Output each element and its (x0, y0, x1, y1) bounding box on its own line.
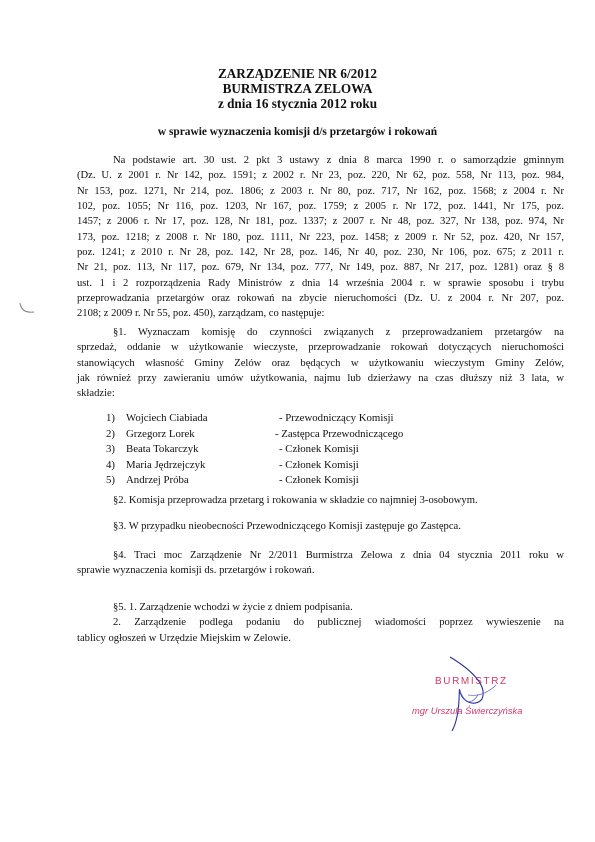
member-role: - Członek Komisji (279, 473, 359, 489)
text-line: 1457; z 2006 r. Nr 17, poz. 128, Nr 181,… (77, 214, 564, 229)
text-line: 2. Zarządzenie podlega podaniu do public… (77, 615, 564, 630)
handwritten-signature-icon (440, 655, 520, 735)
commission-members-list: 1) Wojciech Ciabiada - Przewodniczący Ko… (106, 411, 403, 489)
text-line: 102, poz. 1055; Nr 116, poz. 1203, Nr 16… (77, 199, 564, 214)
member-name: Grzegorz Lorek (126, 427, 279, 443)
legal-basis-paragraph: Na podstawie art. 30 ust. 2 pkt 3 ustawy… (77, 153, 564, 322)
text-line: składzie: (77, 386, 564, 401)
section-2: §2. Komisja przeprowadza przetarg i roko… (77, 493, 595, 508)
text-line: sprzedaż, oddanie w użytkowanie wieczyst… (77, 340, 564, 355)
ordinance-number: ZARZĄDZENIE NR 6/2012 (0, 66, 595, 81)
text-line: ust. 1 i 2 rozporządzenia Rady Ministrów… (77, 276, 564, 291)
member-number: 3) (106, 442, 126, 458)
member-item: 2) Grzegorz Lorek - Zastępca Przewodnicz… (106, 427, 403, 443)
section-3: §3. W przypadku nieobecności Przewodnicz… (77, 519, 595, 534)
document-subject: w sprawie wyznaczenia komisji d/s przeta… (0, 126, 595, 138)
text-line: stanowiących własność Gminy Zelów oraz b… (77, 356, 564, 371)
document-header: ZARZĄDZENIE NR 6/2012 BURMISTRZA ZELOWA … (0, 66, 595, 111)
member-number: 5) (106, 473, 126, 489)
member-number: 1) (106, 411, 126, 427)
text-line: (Dz. U. z 2001 r. Nr 142, poz. 1591; z 2… (77, 168, 564, 183)
member-name: Wojciech Ciabiada (126, 411, 279, 427)
text-line: Nr 21, poz. 113, Nr 117, poz. 679, Nr 13… (77, 260, 564, 275)
text-line: 173, poz. 1218; z 2008 r. Nr 180, poz. 1… (77, 230, 564, 245)
text-line: §1. Wyznaczam komisję do czynności związ… (77, 325, 564, 340)
member-name: Maria Jędrzejczyk (126, 458, 279, 474)
member-role: - Członek Komisji (279, 442, 359, 458)
text-line: tablicy ogłoszeń w Urzędzie Miejskim w Z… (77, 631, 564, 646)
member-role: - Przewodniczący Komisji (279, 411, 394, 427)
section-5: §5. 1. Zarządzenie wchodzi w życie z dni… (77, 600, 564, 646)
text-line: sprawie wyznaczenia komisji ds. przetarg… (77, 563, 564, 578)
member-item: 1) Wojciech Ciabiada - Przewodniczący Ko… (106, 411, 403, 427)
member-number: 4) (106, 458, 126, 474)
member-item: 4) Maria Jędrzejczyk - Członek Komisji (106, 458, 403, 474)
text-line: 2108; z 2009 r. Nr 55, poz. 450), zarząd… (77, 306, 564, 321)
member-name: Beata Tokarczyk (126, 442, 279, 458)
section-4: §4. Traci moc Zarządzenie Nr 2/2011 Burm… (77, 548, 564, 579)
text-line: §4. Traci moc Zarządzenie Nr 2/2011 Burm… (77, 548, 564, 563)
text-line: poz. 1241; z 2010 r. Nr 28, poz. 142, Nr… (77, 245, 564, 260)
issuer: BURMISTRZA ZELOWA (0, 81, 595, 96)
member-item: 3) Beata Tokarczyk - Członek Komisji (106, 442, 403, 458)
text-line: §5. 1. Zarządzenie wchodzi w życie z dni… (77, 600, 564, 615)
member-name: Andrzej Próba (126, 473, 279, 489)
text-line: Nr 153, poz. 1271, Nr 214, poz. 1806; z … (77, 184, 564, 199)
text-line: Na podstawie art. 30 ust. 2 pkt 3 ustawy… (77, 153, 564, 168)
member-role: - Zastępca Przewodniczącego (275, 427, 403, 443)
section-1: §1. Wyznaczam komisję do czynności związ… (77, 325, 564, 402)
member-number: 2) (106, 427, 126, 443)
member-item: 5) Andrzej Próba - Członek Komisji (106, 473, 403, 489)
text-line: przeprowadzania przetargów oraz rokowań … (77, 291, 564, 306)
member-role: - Członek Komisji (279, 458, 359, 474)
text-line: jak również przy zawieraniu umów użytkow… (77, 371, 564, 386)
issue-date: z dnia 16 stycznia 2012 roku (0, 96, 595, 111)
margin-mark-icon (18, 301, 38, 315)
